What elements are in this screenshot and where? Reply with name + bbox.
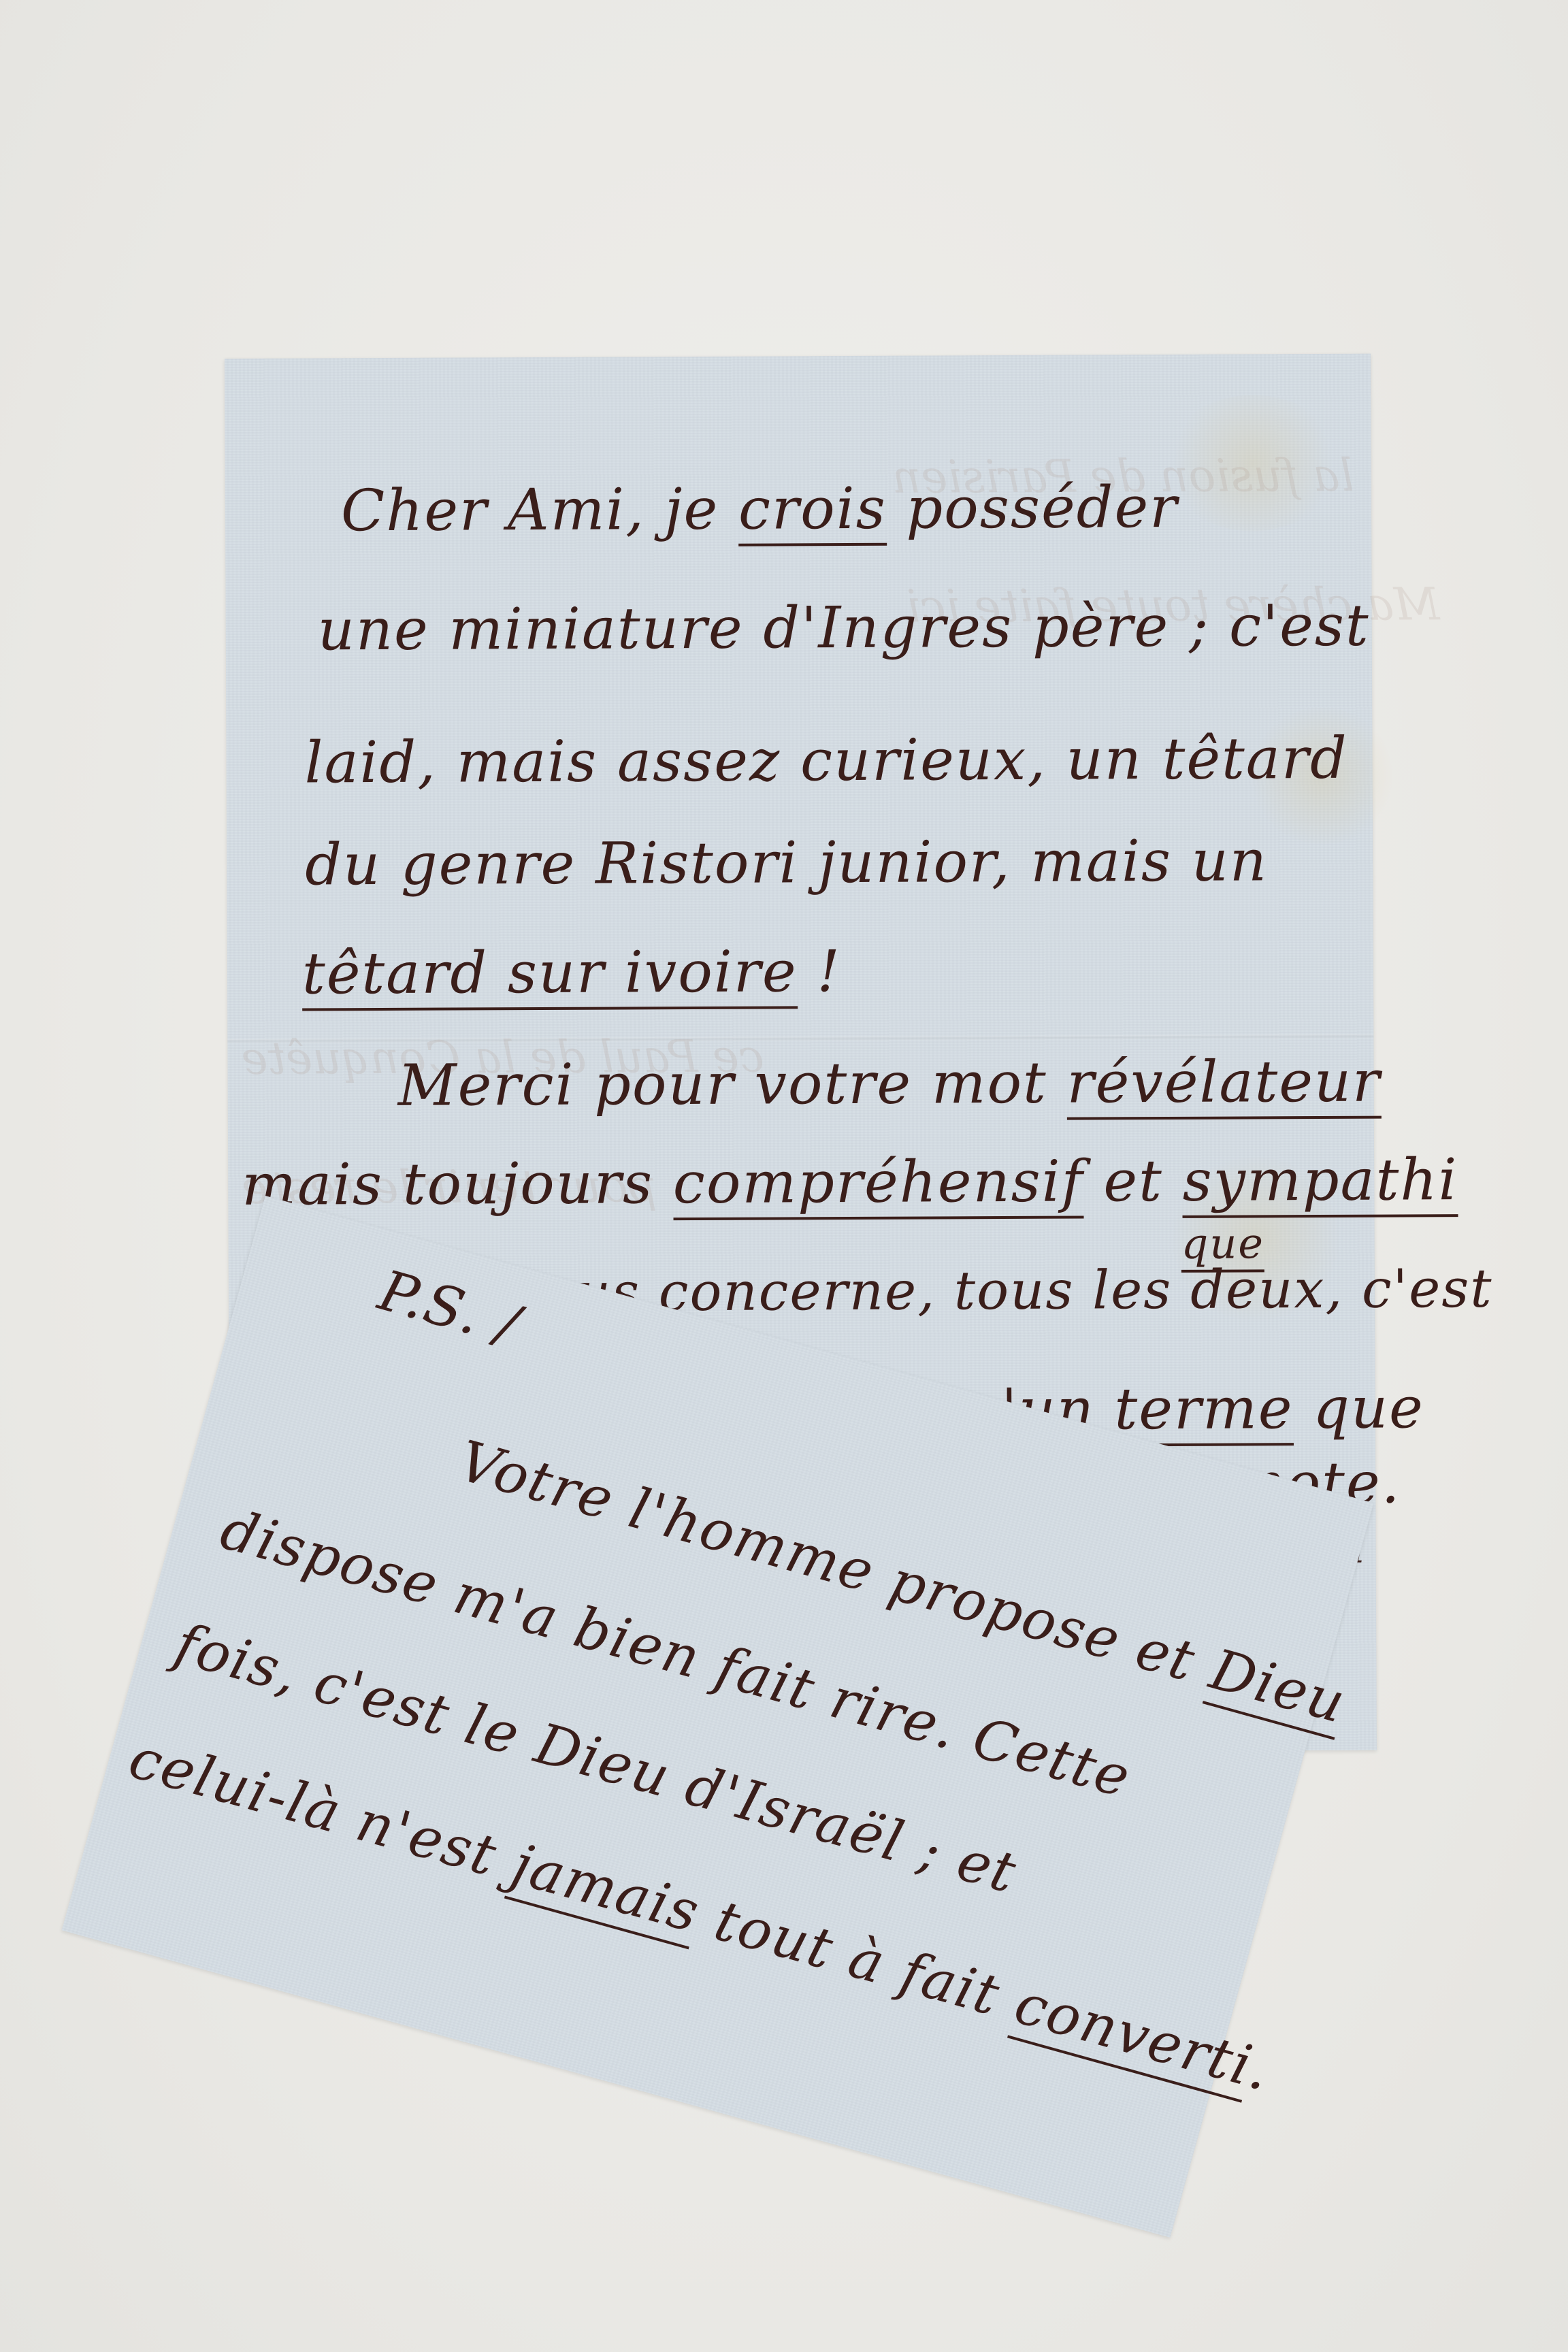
underlined-word: crois <box>738 475 887 546</box>
underlined-word: jamais <box>504 1832 706 1949</box>
underlined-word: sympathi <box>1182 1146 1458 1218</box>
underlined-word: converti <box>1007 1972 1260 2103</box>
underlined-word: terme <box>1114 1375 1293 1446</box>
letter-line-7: mais toujours compréhensif et sympathi <box>242 1146 1458 1218</box>
underlined-word: Dieu <box>1203 1637 1353 1740</box>
underlined-word: révélateur <box>1066 1048 1381 1120</box>
letter-line-5: têtard sur ivoire ! <box>302 938 842 1007</box>
letter-line-1: Cher Ami, je crois posséder <box>341 474 1179 544</box>
letter-line-4: du genre Ristori junior, mais un <box>305 827 1268 898</box>
letter-line-6: Merci pour votre mot révélateur <box>397 1048 1381 1119</box>
underlined-word: compréhensif <box>673 1148 1084 1221</box>
letter-line-2: une miniature d'Ingres père ; c'est <box>318 592 1370 664</box>
ps-label: P.S. / <box>372 1258 527 1359</box>
underlined-phrase: têtard sur ivoire <box>302 938 798 1011</box>
letter-line-3: laid, mais assez curieux, un têtard <box>304 725 1348 796</box>
